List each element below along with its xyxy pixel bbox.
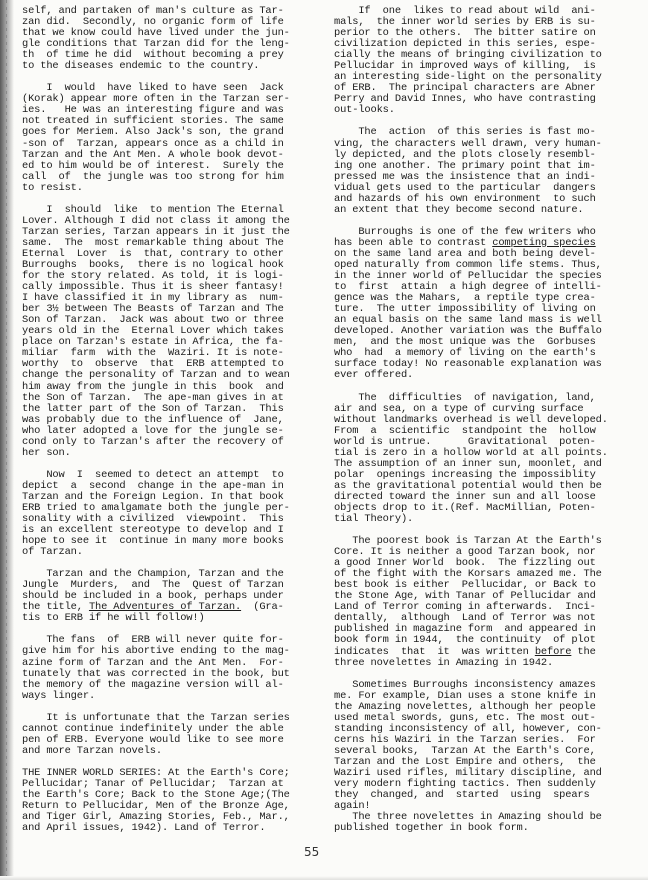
paragraph-novelettes: The three novelettes in Amazing should b… [334,812,626,834]
paragraph-wild-animals: If one likes to read about wild ani-mals… [334,6,626,116]
text-line: and April issues, 1942). Land of Terror. [22,823,312,834]
text-line: tis to ERB if he will follow!) [22,613,312,624]
text-line: of Tarzan. [22,547,312,558]
text-line: ever offered. [334,370,626,381]
paragraph-inner-world-list: THE INNER WORLD SERIES: At the Earth's C… [22,768,312,834]
paragraph-competing-species: Burroughs is one of the few writers whoh… [334,227,626,382]
text-line: published together in book form. [334,823,626,834]
text-line: they changed, and started using spears [334,790,626,801]
paragraph-tarzan-origin-end: self, and partaken of man's culture as T… [22,6,312,72]
paragraph-unfortunate: It is unfortunate that the Tarzan series… [22,713,312,757]
paragraph-foreign-legion: Now I seemed to detect an attempt todepi… [22,470,312,558]
text-line: three novelettes in Amazing in 1942. [334,658,626,669]
paragraph-korak: I would have liked to have seen Jack(Kor… [22,83,312,193]
paragraph-ant-men: The fans of ERB will never quite for-giv… [22,635,312,701]
paragraph-champion: Tarzan and the Champion, Tarzan and theJ… [22,569,312,624]
text-line: an extent that they become second nature… [334,205,626,216]
text-line: her son. [22,448,312,459]
text-line: out-looks. [334,105,626,116]
paragraph-inconsistency: Sometimes Burroughs inconsistency amazes… [334,680,626,813]
page-bottom-edge [0,876,648,880]
paragraph-navigation: The difficulties of navigation, land,air… [334,393,626,526]
text-line: to the diseases endemic to the country. [22,61,312,72]
left-column: self, and partaken of man's culture as T… [22,6,312,845]
text-line: tial Theory). [334,514,626,525]
right-column: If one likes to read about wild ani-mals… [334,6,626,845]
text-line: to resist. [22,183,312,194]
text-line: ways linger. [22,691,312,702]
paragraph-eternal-lover: I should like to mention The EternalLove… [22,205,312,459]
text-line: and more Tarzan novels. [22,746,312,757]
paragraph-poorest-book: The poorest book is Tarzan At the Earth'… [334,536,626,669]
binding-gutter [0,0,14,880]
paragraph-action: The action of this series is fast mo-vin… [334,127,626,215]
page-number: 55 [304,845,319,859]
